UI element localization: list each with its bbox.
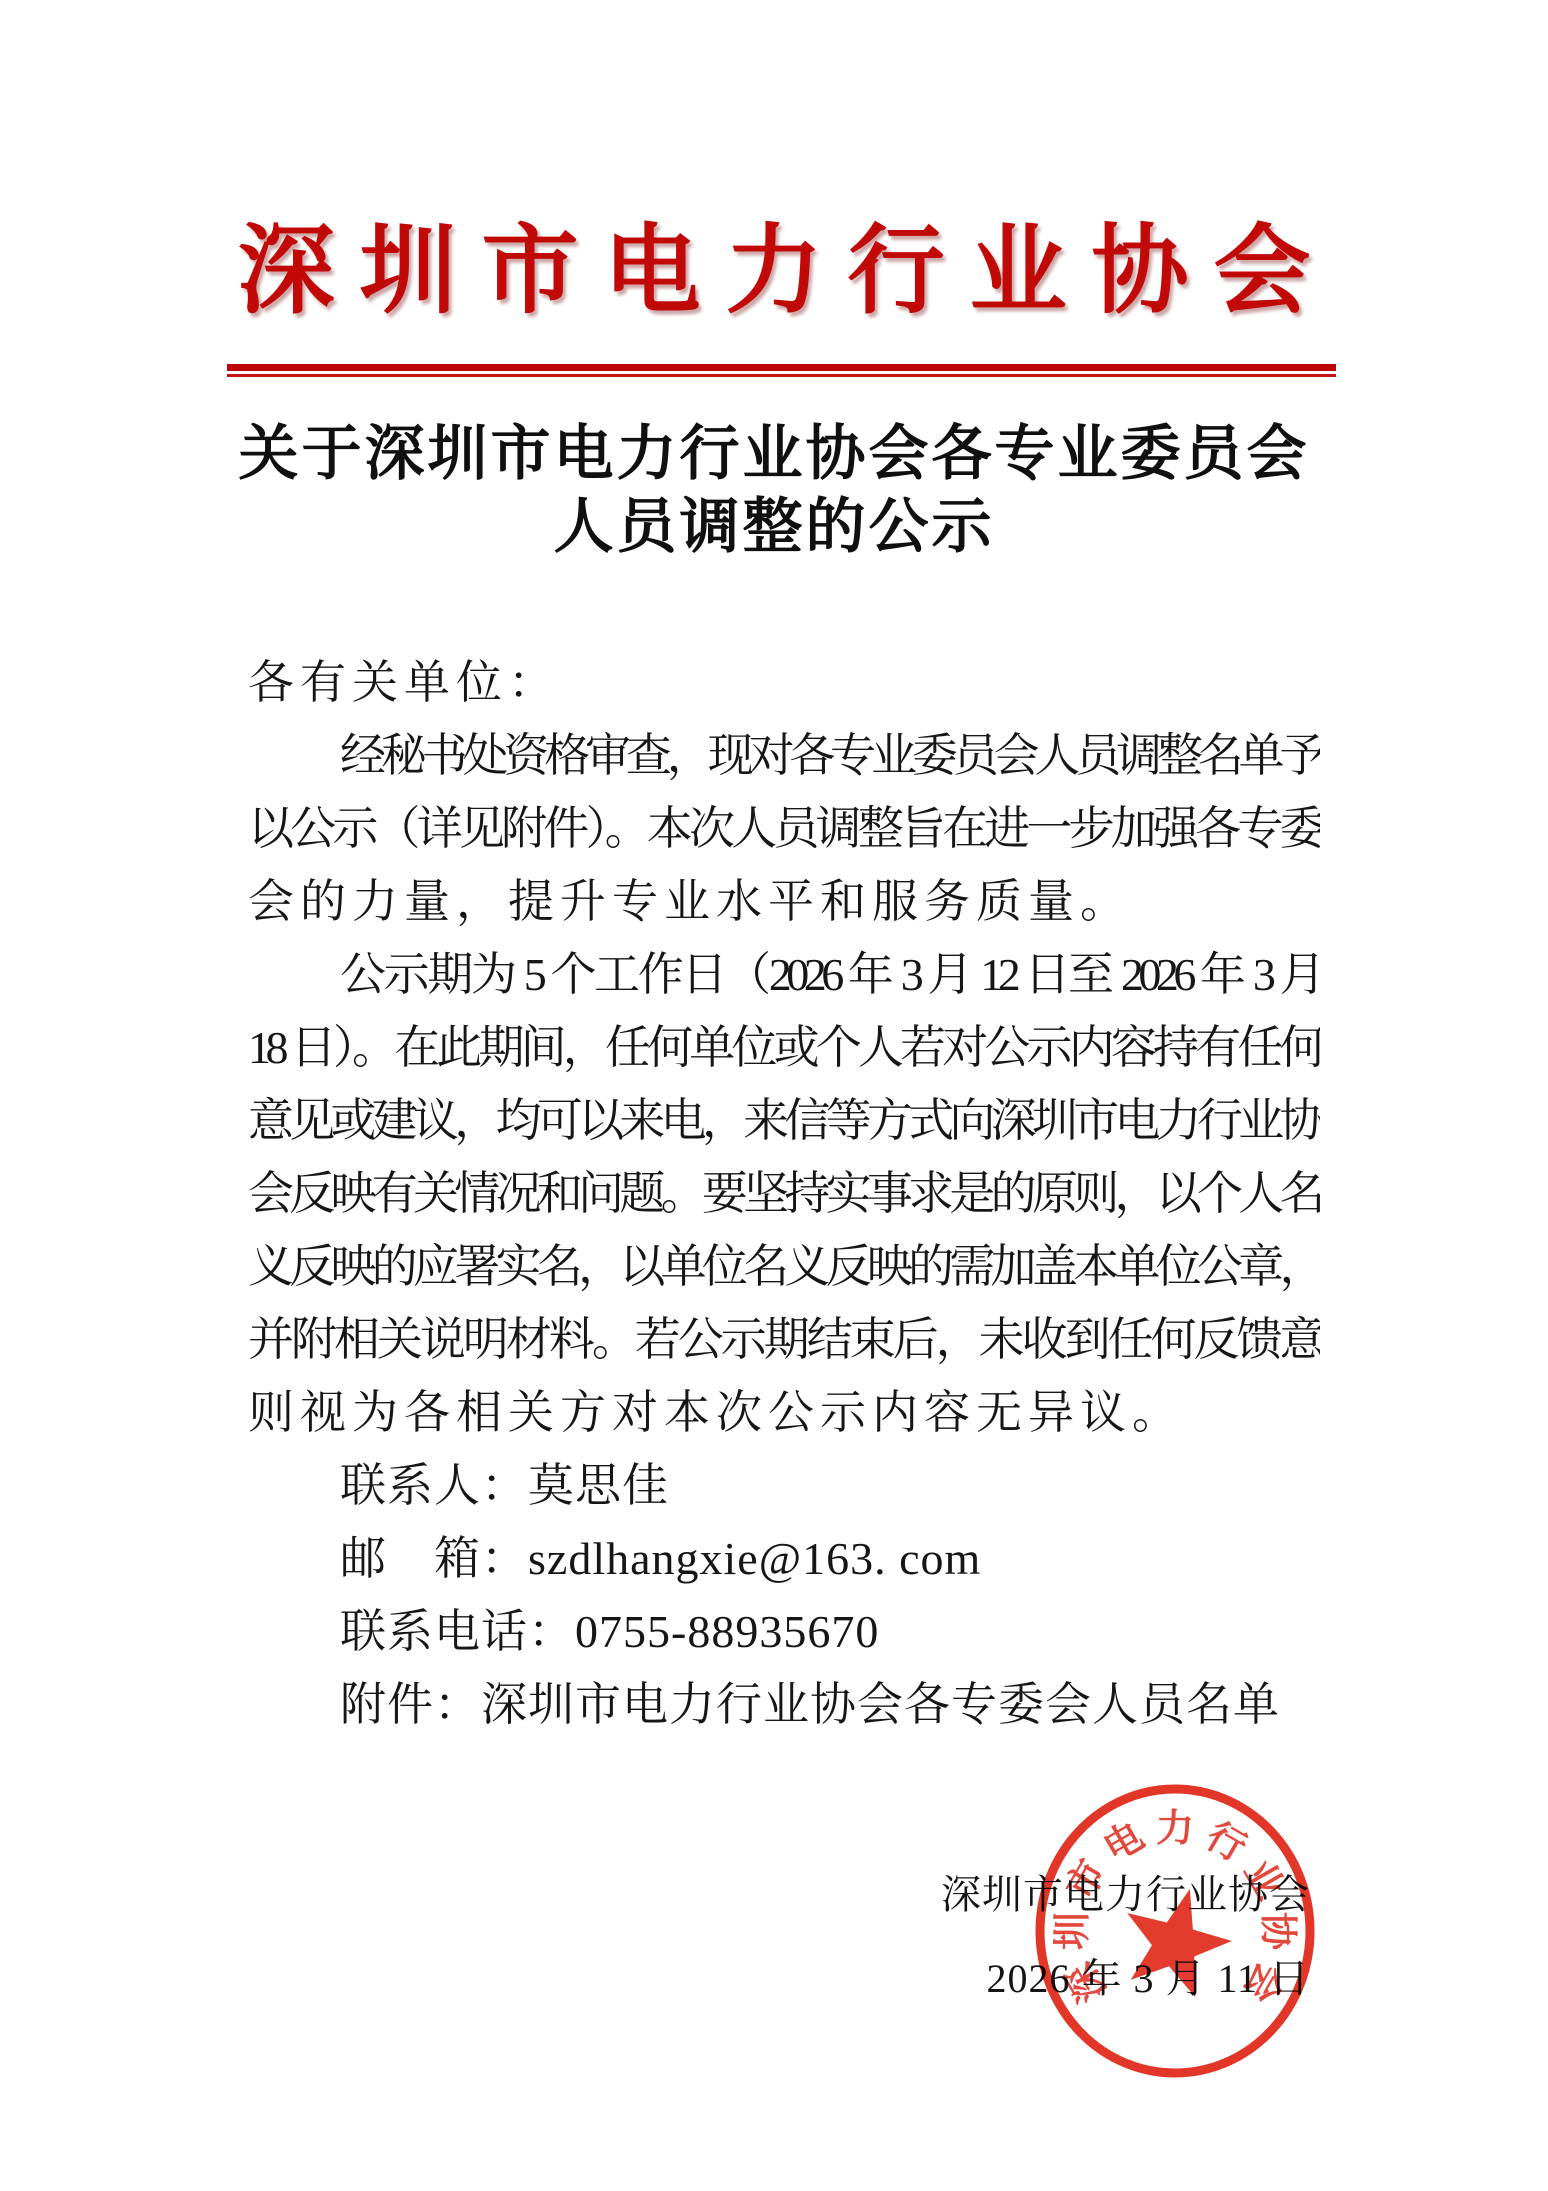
svg-text:圳: 圳: [1052, 1912, 1094, 1950]
document-page: 深圳市电力行业协会 关于深圳市电力行业协会各专业委员会 人员调整的公示 各有关单…: [0, 0, 1548, 2191]
attachment-line: 附件：深圳市电力行业协会各专委会人员名单: [248, 1668, 1320, 1741]
contact-phone-line: 联系电话：0755-88935670: [248, 1595, 1320, 1668]
svg-text:行: 行: [1199, 1815, 1253, 1870]
body-line: 以公示（详见附件）。本次人员调整旨在进一步加强各专委: [248, 792, 1320, 865]
body-line: 意见或建议，均可以来电，来信等方式向深圳市电力行业协: [248, 1084, 1320, 1157]
svg-text:协: 协: [1256, 1912, 1298, 1952]
document-title-line1: 关于深圳市电力行业协会各专业委员会: [110, 418, 1438, 491]
document-title-line2: 人员调整的公示: [110, 491, 1438, 564]
svg-text:会: 会: [1236, 1955, 1291, 2009]
contact-email-line: 邮 箱：szdlhangxie@163. com: [248, 1522, 1320, 1595]
svg-text:电: 电: [1097, 1815, 1151, 1870]
salutation-line: 各有关单位：: [248, 646, 1320, 719]
seal-star-icon: [1127, 1889, 1232, 1997]
contact-person-line: 联系人：莫思佳: [248, 1449, 1320, 1522]
svg-text:市: 市: [1059, 1853, 1114, 1907]
document-title: 关于深圳市电力行业协会各专业委员会 人员调整的公示: [110, 418, 1438, 564]
document-body: 各有关单位： 经秘书处资格审查，现对各专业委员会人员调整名单予 以公示（详见附件…: [248, 646, 1320, 1741]
body-line: 则视为各相关方对本次公示内容无异议。: [248, 1376, 1320, 1449]
letterhead-divider: [227, 364, 1336, 377]
svg-text:业: 业: [1236, 1853, 1291, 1907]
seal-text: 深圳市电力行业协会: [1052, 1808, 1298, 2009]
body-line: 义反映的应署实名，以单位名义反映的需加盖本单位公章，: [248, 1230, 1320, 1303]
body-line: 公示期为 5 个工作日（2026 年 3 月 12 日至 2026 年 3 月: [248, 938, 1320, 1011]
official-seal: 深圳市电力行业协会: [1030, 1781, 1320, 2081]
svg-text:深: 深: [1059, 1955, 1114, 2009]
body-line: 会的力量，提升专业水平和服务质量。: [248, 865, 1320, 938]
letterhead-org-name: 深圳市电力行业协会: [0, 192, 1548, 332]
body-line: 经秘书处资格审查，现对各专业委员会人员调整名单予: [248, 719, 1320, 792]
body-line: 18 日）。在此期间，任何单位或个人若对公示内容持有任何: [248, 1011, 1320, 1084]
body-line: 会反映有关情况和问题。要坚持实事求是的原则，以个人名: [248, 1157, 1320, 1230]
body-line: 并附相关说明材料。若公示期结束后，未收到任何反馈意见，: [248, 1303, 1320, 1376]
svg-text:力: 力: [1156, 1808, 1194, 1850]
